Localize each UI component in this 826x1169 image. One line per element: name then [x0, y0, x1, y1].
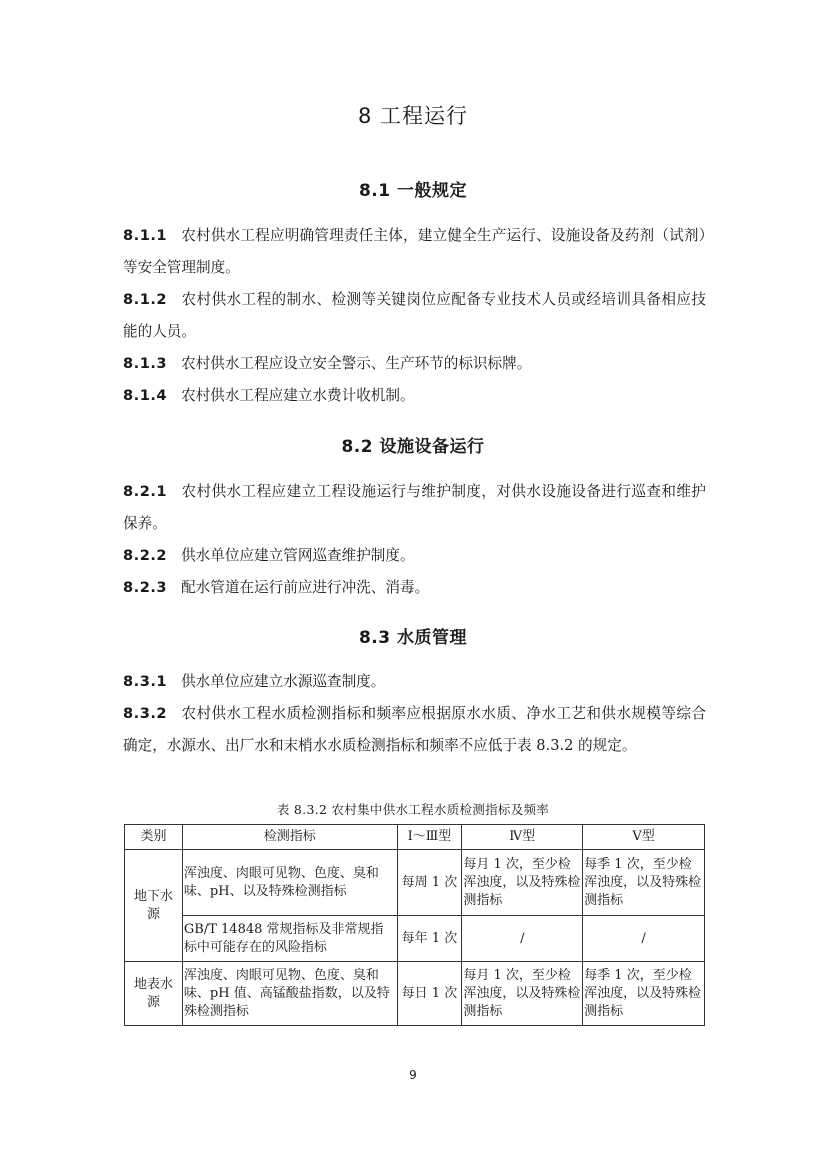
- clause-number: 8.2.2: [123, 547, 167, 564]
- category-cell: 地下水源: [125, 850, 183, 962]
- frequency-type-4: 每月 1 次，至少检浑浊度，以及特殊检测指标: [462, 850, 583, 916]
- clause-text: 农村供水工程应明确管理责任主体，建立健全生产运行、设施设备及药剂（试剂）等安全管…: [123, 227, 706, 276]
- table-header-row: 类别 检测指标 Ⅰ～Ⅲ型 Ⅳ型 Ⅴ型: [125, 825, 705, 850]
- section-title-8-1: 8.1 一般规定: [0, 176, 826, 201]
- indicator-cell: 浑浊度、肉眼可见物、色度、臭和味、pH 值、高锰酸盐指数，以及特殊检测指标: [182, 962, 397, 1026]
- clause-text: 农村供水工程应建立工程设施运行与维护制度，对供水设施设备进行巡查和维护保养。: [123, 483, 706, 532]
- header-type-4: Ⅳ型: [462, 825, 583, 850]
- clause-number: 8.1.1: [123, 227, 167, 244]
- clause-text: 供水单位应建立管网巡查维护制度。: [181, 547, 415, 564]
- frequency-type-1-3: 每周 1 次: [397, 850, 462, 916]
- clause-text: 农村供水工程应设立安全警示、生产环节的标识标牌。: [181, 355, 531, 372]
- clause-text: 农村供水工程应建立水费计收机制。: [181, 387, 415, 404]
- header-category: 类别: [125, 825, 183, 850]
- clause-8-1-4: 8.1.4农村供水工程应建立水费计收机制。: [123, 380, 706, 412]
- indicator-cell: GB/T 14848 常规指标及非常规指标中可能存在的风险指标: [182, 916, 397, 962]
- section-title-8-2: 8.2 设施设备运行: [0, 432, 826, 457]
- table-row: GB/T 14848 常规指标及非常规指标中可能存在的风险指标 每年 1 次 /…: [125, 916, 705, 962]
- frequency-type-5: 每季 1 次，至少检浑浊度，以及特殊检测指标: [583, 850, 705, 916]
- clause-8-3-1: 8.3.1供水单位应建立水源巡查制度。: [123, 666, 706, 698]
- header-indicator: 检测指标: [182, 825, 397, 850]
- frequency-type-5: 每季 1 次，至少检浑浊度，以及特殊检测指标: [583, 962, 705, 1026]
- table-row: 地表水源 浑浊度、肉眼可见物、色度、臭和味、pH 值、高锰酸盐指数，以及特殊检测…: [125, 962, 705, 1026]
- clause-number: 8.3.1: [123, 673, 167, 690]
- clause-8-3-2: 8.3.2农村供水工程水质检测指标和频率应根据原水水质、净水工艺和供水规模等综合…: [123, 698, 706, 762]
- water-quality-table: 类别 检测指标 Ⅰ～Ⅲ型 Ⅳ型 Ⅴ型 地下水源 浑浊度、肉眼可见物、色度、臭和味…: [124, 824, 705, 1026]
- category-cell: 地表水源: [125, 962, 183, 1026]
- chapter-title: 8 工程运行: [0, 100, 826, 130]
- clause-number: 8.1.3: [123, 355, 167, 372]
- clause-8-2-1: 8.2.1农村供水工程应建立工程设施运行与维护制度，对供水设施设备进行巡查和维护…: [123, 476, 706, 540]
- clause-8-1-3: 8.1.3农村供水工程应设立安全警示、生产环节的标识标牌。: [123, 348, 706, 380]
- clause-number: 8.3.2: [123, 705, 167, 722]
- clause-number: 8.1.2: [123, 291, 167, 308]
- clause-8-1-1: 8.1.1农村供水工程应明确管理责任主体，建立健全生产运行、设施设备及药剂（试剂…: [123, 220, 706, 284]
- clause-text: 农村供水工程水质检测指标和频率应根据原水水质、净水工艺和供水规模等综合确定，水源…: [123, 705, 706, 754]
- clause-text: 配水管道在运行前应进行冲洗、消毒。: [181, 579, 429, 596]
- clause-text: 农村供水工程的制水、检测等关键岗位应配备专业技术人员或经培训具备相应技能的人员。: [123, 291, 706, 340]
- clause-8-1-2: 8.1.2农村供水工程的制水、检测等关键岗位应配备专业技术人员或经培训具备相应技…: [123, 284, 706, 348]
- frequency-type-4: /: [462, 916, 583, 962]
- clause-number: 8.2.3: [123, 579, 167, 596]
- clause-8-2-2: 8.2.2供水单位应建立管网巡查维护制度。: [123, 540, 706, 572]
- frequency-type-1-3: 每年 1 次: [397, 916, 462, 962]
- indicator-cell: 浑浊度、肉眼可见物、色度、臭和味、pH、以及特殊检测指标: [182, 850, 397, 916]
- clause-8-2-3: 8.2.3配水管道在运行前应进行冲洗、消毒。: [123, 572, 706, 604]
- section-title-8-3: 8.3 水质管理: [0, 623, 826, 648]
- page-number: 9: [0, 1068, 826, 1082]
- frequency-type-1-3: 每日 1 次: [397, 962, 462, 1026]
- frequency-type-5: /: [583, 916, 705, 962]
- clause-number: 8.2.1: [123, 483, 167, 500]
- table-row: 地下水源 浑浊度、肉眼可见物、色度、臭和味、pH、以及特殊检测指标 每周 1 次…: [125, 850, 705, 916]
- clause-number: 8.1.4: [123, 387, 167, 404]
- table-caption: 表 8.3.2 农村集中供水工程水质检测指标及频率: [0, 800, 826, 818]
- clause-text: 供水单位应建立水源巡查制度。: [181, 673, 385, 690]
- header-type-1-3: Ⅰ～Ⅲ型: [397, 825, 462, 850]
- header-type-5: Ⅴ型: [583, 825, 705, 850]
- frequency-type-4: 每月 1 次，至少检浑浊度，以及特殊检测指标: [462, 962, 583, 1026]
